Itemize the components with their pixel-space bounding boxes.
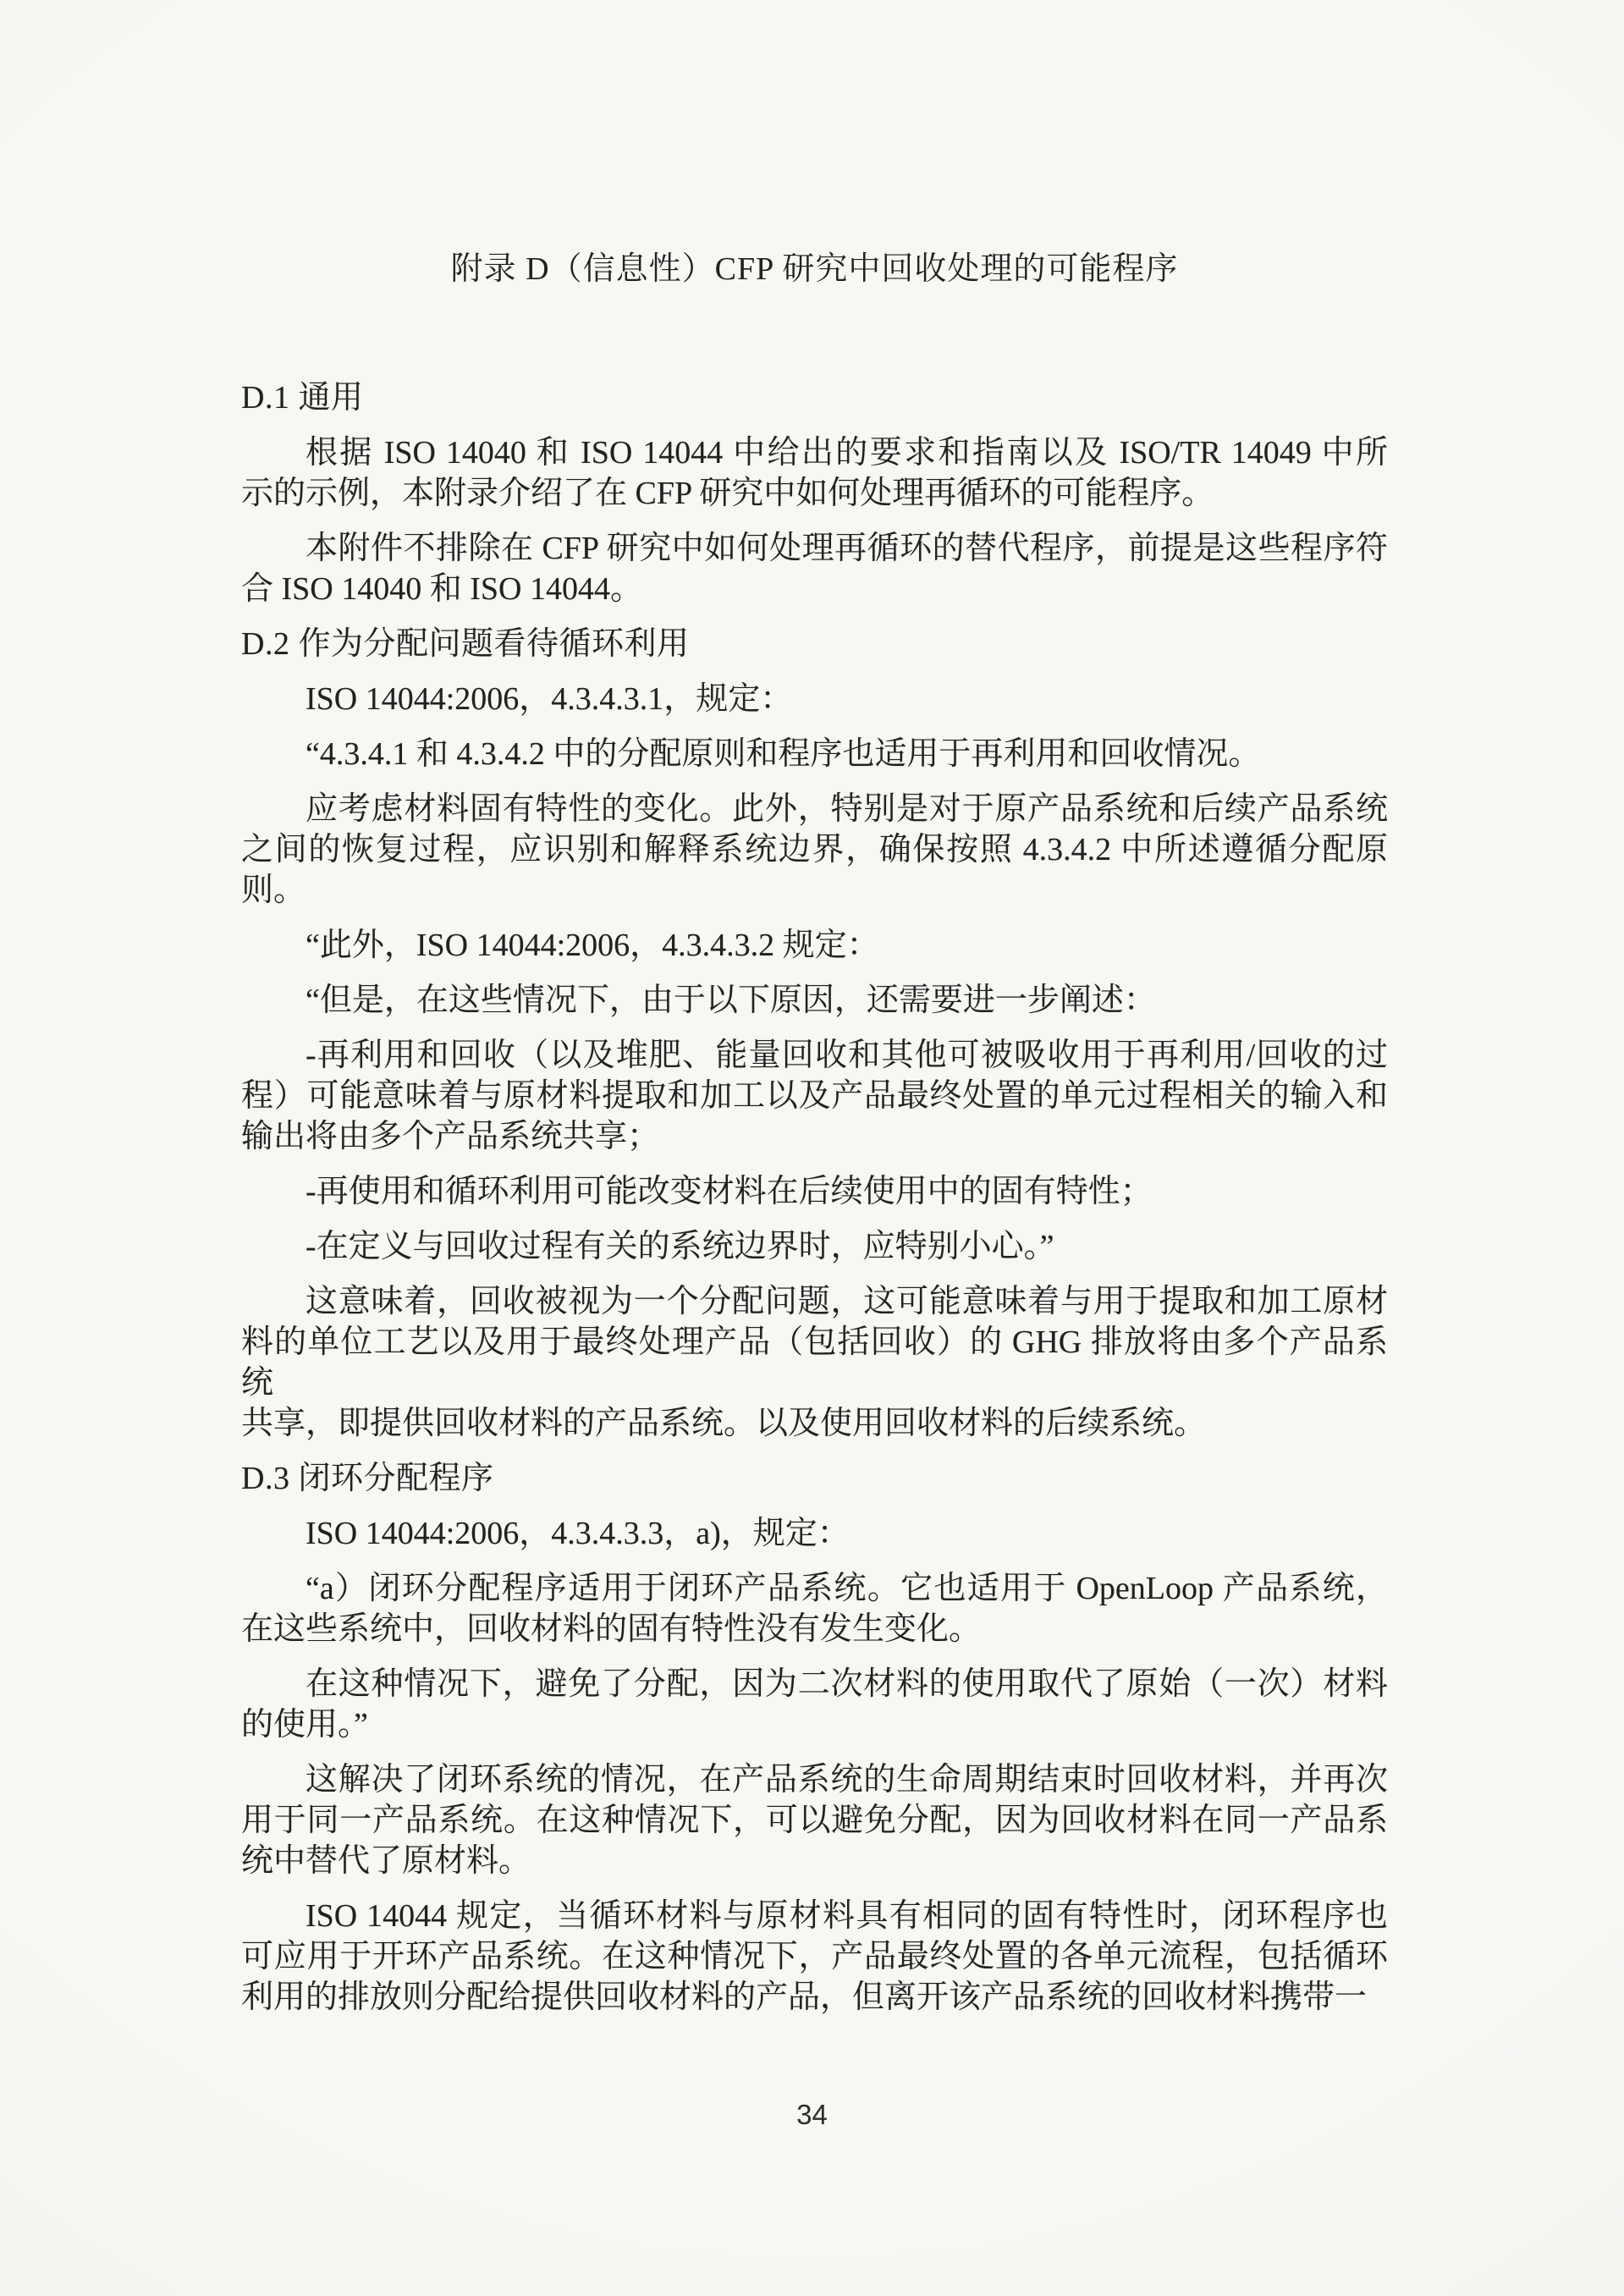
paragraph: ISO 14044:2006，4.3.4.3.1，规定： <box>241 679 1388 719</box>
document-body: D.1 通用根据 ISO 14040 和 ISO 14044 中给出的要求和指南… <box>241 377 1388 2018</box>
text-line: ISO 14044 规定，当循环材料与原材料具有相同的固有特性时，闭环程序也 <box>241 1896 1388 1936</box>
heading-line: D.3 闭环分配程序 <box>241 1458 1388 1499</box>
text-line: -再利用和回收（以及堆肥、能量回收和其他可被吸收用于再利用/回收的过 <box>241 1035 1388 1076</box>
text-line: 程）可能意味着与原材料提取和加工以及产品最终处置的单元过程相关的输入和 <box>241 1076 1388 1116</box>
text-line: 之间的恢复过程，应识别和解释系统边界，确保按照 4.3.4.2 中所述遵循分配原 <box>241 829 1388 870</box>
document-title: 附录 D（信息性）CFP 研究中回收处理的可能程序 <box>241 249 1388 289</box>
text-line: “4.3.4.1 和 4.3.4.2 中的分配原则和程序也适用于再利用和回收情况… <box>241 734 1388 774</box>
paragraph: 这意味着，回收被视为一个分配问题，这可能意味着与用于提取和加工原材料的单位工艺以… <box>241 1281 1388 1444</box>
text-line: 本附件不排除在 CFP 研究中如何处理再循环的替代程序，前提是这些程序符 <box>241 528 1388 569</box>
paragraph: “4.3.4.1 和 4.3.4.2 中的分配原则和程序也适用于再利用和回收情况… <box>241 734 1388 774</box>
paragraph: 本附件不排除在 CFP 研究中如何处理再循环的替代程序，前提是这些程序符合 IS… <box>241 528 1388 609</box>
text-line: 在这些系统中，回收材料的固有特性没有发生变化。 <box>241 1609 1388 1649</box>
paragraph: -在定义与回收过程有关的系统边界时，应特别小心。” <box>241 1226 1388 1267</box>
document-page: 附录 D（信息性）CFP 研究中回收处理的可能程序 D.1 通用根据 ISO 1… <box>0 0 1624 2296</box>
page-footer: 34 <box>0 2098 1624 2132</box>
section-heading: D.2 作为分配问题看待循环利用 <box>241 624 1388 664</box>
text-line: “a）闭环分配程序适用于闭环产品系统。它也适用于 OpenLoop 产品系统， <box>241 1568 1388 1609</box>
text-line: 料的单位工艺以及用于最终处理产品（包括回收）的 GHG 排放将由多个产品系统 <box>241 1322 1388 1403</box>
heading-line: D.1 通用 <box>241 377 1388 418</box>
text-line: 在这种情况下，避免了分配，因为二次材料的使用取代了原始（一次）材料 <box>241 1664 1388 1704</box>
text-line: 统中替代了原材料。 <box>241 1841 1388 1881</box>
text-line: 共享，即提供回收材料的产品系统。以及使用回收材料的后续系统。 <box>241 1403 1388 1444</box>
text-line: 可应用于开环产品系统。在这种情况下，产品最终处置的各单元流程，包括循环 <box>241 1936 1388 1977</box>
paragraph: -再利用和回收（以及堆肥、能量回收和其他可被吸收用于再利用/回收的过程）可能意味… <box>241 1035 1388 1157</box>
heading-line: D.2 作为分配问题看待循环利用 <box>241 624 1388 664</box>
text-line: -再使用和循环利用可能改变材料在后续使用中的固有特性； <box>241 1171 1388 1212</box>
paragraph: 在这种情况下，避免了分配，因为二次材料的使用取代了原始（一次）材料的使用。” <box>241 1664 1388 1745</box>
text-line: ISO 14044:2006，4.3.4.3.1，规定： <box>241 679 1388 719</box>
text-line: 合 ISO 14040 和 ISO 14044。 <box>241 569 1388 609</box>
section-heading: D.1 通用 <box>241 377 1388 418</box>
paragraph: 这解决了闭环系统的情况，在产品系统的生命周期结束时回收材料，并再次用于同一产品系… <box>241 1759 1388 1881</box>
text-line: 这意味着，回收被视为一个分配问题，这可能意味着与用于提取和加工原材 <box>241 1281 1388 1322</box>
paragraph: -再使用和循环利用可能改变材料在后续使用中的固有特性； <box>241 1171 1388 1212</box>
text-line: 应考虑材料固有特性的变化。此外，特别是对于原产品系统和后续产品系统 <box>241 789 1388 829</box>
text-line: 输出将由多个产品系统共享； <box>241 1116 1388 1157</box>
text-line: “此外，ISO 14044:2006，4.3.4.3.2 规定： <box>241 925 1388 966</box>
text-line: 根据 ISO 14040 和 ISO 14044 中给出的要求和指南以及 ISO… <box>241 432 1388 473</box>
section-heading: D.3 闭环分配程序 <box>241 1458 1388 1499</box>
paragraph: 根据 ISO 14040 和 ISO 14044 中给出的要求和指南以及 ISO… <box>241 432 1388 514</box>
text-line: 示的示例，本附录介绍了在 CFP 研究中如何处理再循环的可能程序。 <box>241 473 1388 514</box>
text-line: 利用的排放则分配给提供回收材料的产品，但离开该产品系统的回收材料携带一 <box>241 1977 1388 2018</box>
text-line: 这解决了闭环系统的情况，在产品系统的生命周期结束时回收材料，并再次 <box>241 1759 1388 1800</box>
paragraph: “此外，ISO 14044:2006，4.3.4.3.2 规定： <box>241 925 1388 966</box>
text-line: “但是，在这些情况下，由于以下原因，还需要进一步阐述： <box>241 980 1388 1021</box>
paragraph: ISO 14044:2006，4.3.4.3.3，a)，规定： <box>241 1513 1388 1554</box>
text-line: 的使用。” <box>241 1704 1388 1745</box>
text-line: 则。 <box>241 870 1388 911</box>
paragraph: “a）闭环分配程序适用于闭环产品系统。它也适用于 OpenLoop 产品系统，在… <box>241 1568 1388 1649</box>
paragraph: “但是，在这些情况下，由于以下原因，还需要进一步阐述： <box>241 980 1388 1021</box>
text-line: ISO 14044:2006，4.3.4.3.3，a)，规定： <box>241 1513 1388 1554</box>
paragraph: 应考虑材料固有特性的变化。此外，特别是对于原产品系统和后续产品系统之间的恢复过程… <box>241 789 1388 911</box>
text-line: 用于同一产品系统。在这种情况下，可以避免分配，因为回收材料在同一产品系 <box>241 1800 1388 1841</box>
page-number: 34 <box>796 2099 828 2130</box>
paragraph: ISO 14044 规定，当循环材料与原材料具有相同的固有特性时，闭环程序也可应… <box>241 1896 1388 2018</box>
text-line: -在定义与回收过程有关的系统边界时，应特别小心。” <box>241 1226 1388 1267</box>
